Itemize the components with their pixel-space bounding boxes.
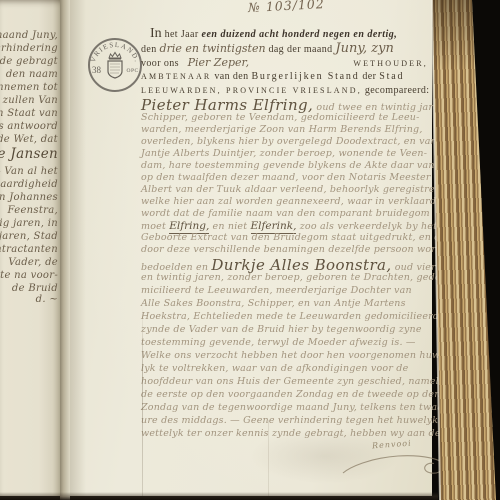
gutter-shadow [70,0,86,496]
previous-page-line: de Wet, dat [0,134,58,145]
previous-page-line: zullen Van [3,95,58,106]
previous-page-line: zynde gebragt [0,56,58,67]
shield-icon [108,61,122,78]
text-segment: en twintig jaren, zonder beroep, geboren… [141,272,444,283]
stamp-code: OPC [127,68,139,74]
previous-page-line: Akte na voor- [0,270,58,281]
text-segment: op den twaalfden dezer maand, voor den N… [141,172,431,183]
handwritten-line: de eerste op den voorgaanden Zondag en d… [141,389,428,400]
previous-page-line: den naam [6,69,58,80]
handwritten-line: hoofddeur van ons Huis der Gemeente zyn … [141,376,428,387]
text-segment: lyk te voltrekken, waar van de afkondigi… [141,363,408,374]
handwritten-line: door deze verschillende benamingen dezel… [141,244,428,255]
text-segment: van den [211,71,251,82]
text-segment: WETHOUDER, [353,59,428,68]
text-segment: Pier Zeper, [188,56,249,69]
text-segment: LEEUWARDEN, PROVINCIE VRIESLAND, [141,86,362,95]
printed-header-line: LEEUWARDEN, PROVINCIE VRIESLAND, gecompa… [141,85,428,96]
text-segment: en niet [209,221,250,232]
printed-header-line: AMBTENAAR van den Burgerlijken Stand der… [141,71,428,82]
text-segment: den [141,44,160,55]
text-segment: gecompareerd: [362,85,430,96]
handwritten-line: op den twaalfden dezer maand, voor den N… [141,172,428,183]
stamp-value: 38 [92,65,102,75]
handwritten-line: overleden, blykens hier by overgelegd Do… [141,136,428,147]
previous-page-line: van Johannes [0,192,58,203]
text-segment: Juny, zyn [335,41,393,56]
scanned-register-page: maand Juny,verhinderingzynde gebragtden … [0,0,500,500]
handwritten-line: Albert van der Tuuk aldaar verleend, beh… [141,184,428,195]
text-segment: overleden, blykens hier by overgelegd Do… [141,136,437,147]
previous-page-line: is antwoord [0,121,58,132]
text-segment: hoofddeur van ons Huis der Gemeente zyn … [141,376,450,387]
text-segment: Jantje Alberts Duintjer, zonder beroep, … [141,148,427,159]
vriesland-stamp-icon: VRIESLAND. 38 OPC [87,37,143,93]
handwritten-line: Hoekstra, Echtelieden mede te Leeuwarden… [141,311,428,322]
text-segment: Schipper, geboren te Veendam, gedomicili… [141,112,420,123]
previous-page-line: Contractanten [0,244,58,255]
text-segment: Welke ons verzocht hebben het door hen v… [141,350,450,361]
previous-page-line: tig jaren, in [0,218,58,229]
text-segment: door deze verschillende benamingen dezel… [141,244,446,255]
printed-header-line: In het Jaar een duizend acht honderd neg… [150,26,428,42]
text-segment: micilieerd te Leeuwarden, meerderjarige … [141,285,412,296]
text-segment: de eerste op den voorgaanden Zondag en d… [141,389,441,400]
crown-icon [109,53,121,60]
previous-page-fragment: maand Juny,verhinderingzynde gebragtden … [0,0,60,496]
handwritten-line: zynde de Vader van de Bruid hier by tege… [141,324,428,335]
text-segment: drie en twintigsten [160,42,266,55]
text-segment: Zondag van de tegenwoordige maand Juny, … [141,402,450,413]
text-segment: Burgerlijken Stand [251,71,359,82]
text-segment: welke hier aan zal worden geannexeerd, w… [141,196,436,207]
page-crease [142,305,143,496]
text-segment: AMBTENAAR [141,72,211,81]
text-segment: wordt dat de familie naam van den compar… [141,208,430,219]
text-segment: toestemming gevende, terwyl de Moeder af… [141,337,416,348]
text-segment: dam, hare toestemming gevende blykens de… [141,160,435,171]
handwritten-line: welke hier aan zal worden geannexeerd, w… [141,196,428,207]
handwritten-line: toestemming gevende, terwyl de Moeder af… [141,337,428,348]
handwritten-line: dam, hare toestemming gevende blykens de… [141,160,428,171]
previous-page-line: ikje Jansen [0,146,58,162]
text-segment: Hoekstra, Echtelieden mede te Leeuwarden… [141,311,442,322]
text-segment: dag der maand [266,44,336,55]
previous-page-line: den Staat van [0,108,58,119]
text-segment: warden, meerderjarige Zoon van Harm Bere… [141,124,423,135]
handwritten-line: lyk te voltrekken, waar van de afkondigi… [141,363,428,374]
previous-page-line: aannemen tot [0,82,58,93]
ink-show-through [250,428,400,484]
previous-page-line: waardigheid [0,179,58,190]
previous-page-line: Feenstra, [8,205,58,216]
text-segment: zynde de Vader van de Bruid hier by tege… [141,324,422,335]
handwritten-line: warden, meerderjarige Zoon van Harm Bere… [141,124,428,135]
text-segment: Alle Sakes Boonstra, Schipper, en van An… [141,298,406,309]
previous-page-line: Vader, de [8,257,58,268]
handwritten-line: Alle Sakes Boonstra, Schipper, en van An… [141,298,428,309]
text-segment: het Jaar [162,29,202,40]
text-segment: Geboorte Extract van den Bruidegom staat… [141,232,450,243]
bottom-page-edge [0,492,438,500]
handwritten-line: Schipper, geboren te Veendam, gedomicili… [141,112,428,123]
handwritten-line: micilieerd te Leeuwarden, meerderjarige … [141,285,428,296]
page-crease [268,420,269,496]
previous-page-line: verhindering [0,43,58,54]
previous-page-line: maand Juny, [0,30,58,41]
handwritten-line: en twintig jaren, zonder beroep, geboren… [141,272,428,283]
printed-header-line: voor ons Pier Zeper,WETHOUDER, [141,56,428,69]
text-segment: ure des middags. — Geene verhindering te… [141,415,438,426]
text-segment: der [360,71,380,82]
handwritten-line: Geboorte Extract van den Bruidegom staat… [141,232,428,243]
text-segment: moet [141,221,169,232]
handwritten-line: Welke ons verzocht hebben het door hen v… [141,350,428,361]
previous-page-line: tig jaren, Stad [0,231,58,242]
text-segment: een duizend acht honderd negen en dertig… [202,29,398,40]
previous-page-line: d. ~ [36,294,58,305]
handwritten-line: ure des middags. — Geene verhindering te… [141,415,428,426]
book-gutter [60,0,70,500]
handwritten-line: Jantje Alberts Duintjer, zonder beroep, … [141,148,428,159]
printed-header-line: den drie en twintigsten dag der maand Ju… [141,41,428,56]
text-segment: zoo als verkeerdelyk by het [296,221,437,232]
text-segment: Stad [379,71,404,82]
text-segment: In [150,26,162,42]
handwritten-line: wordt dat de familie naam van den compar… [141,208,428,219]
text-segment: Albert van der Tuuk aldaar verleend, beh… [141,184,455,195]
text-segment: voor ons [141,58,188,69]
previous-page-line: de Bruid [12,283,58,294]
previous-page-line: — Van al het [0,166,58,177]
handwritten-line: Zondag van de tegenwoordige maand Juny, … [141,402,428,413]
